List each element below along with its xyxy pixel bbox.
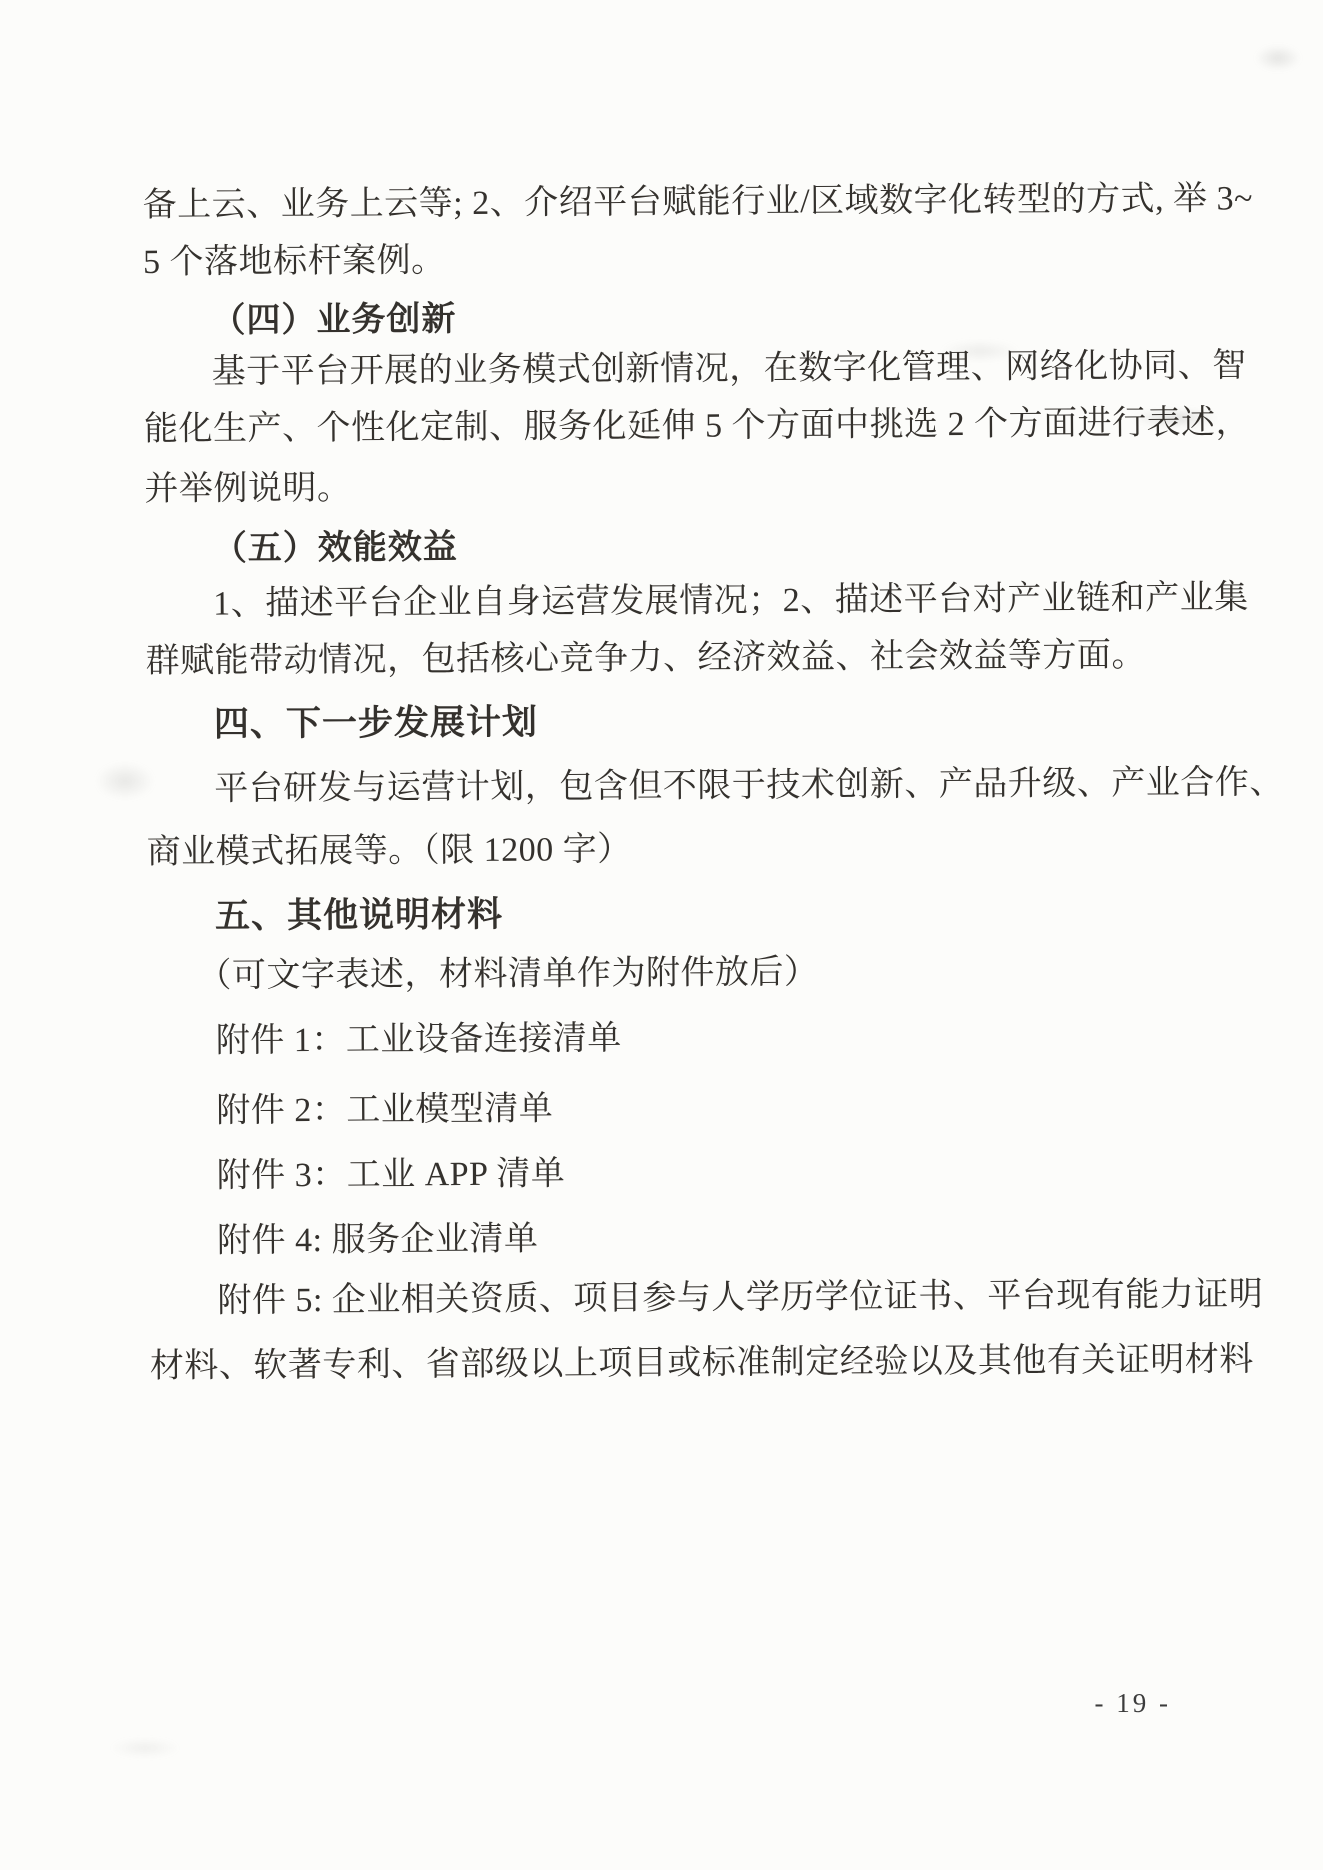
paragraph-line: 1、描述平台企业自身运营发展情况；2、描述平台对产业链和产业集 [145, 575, 1249, 628]
paragraph-line: 平台研发与运营计划，包含但不限于技术创新、产品升级、产业合作、 [146, 760, 1284, 813]
scan-smudge [1255, 45, 1301, 71]
attachment-item: 附件 3：工业 APP 清单 [149, 1151, 566, 1200]
paragraph-line: 基于平台开展的业务模式创新情况，在数字化管理、网络化协同、智 [144, 343, 1247, 396]
attachment-item: 附件 2：工业模型清单 [148, 1087, 553, 1135]
attachment-item: 附件 5: 企业相关资质、项目参与人学历学位证书、平台现有能力证明 [149, 1272, 1263, 1325]
paragraph-line: 材料、软著专利、省部级以上项目或标准制定经验以及其他有关证明材料 [150, 1337, 1254, 1390]
section-heading-other-materials: 五、其他说明材料 [147, 892, 503, 940]
document-page: 备上云、业务上云等; 2、介绍平台赋能行业/区域数字化转型的方式, 举 3~ 5… [0, 0, 1323, 1870]
section-heading-next-development-plan: 四、下一步发展计划 [146, 700, 538, 748]
page-number: - 19 - [1095, 1688, 1171, 1719]
page-content: 备上云、业务上云等; 2、介绍平台赋能行业/区域数字化转型的方式, 举 3~ 5… [141, 0, 1202, 1870]
note-line: （可文字表述，材料清单作为附件放后） [147, 950, 818, 1000]
paragraph-line: 商业模式拓展等。（限 1200 字） [147, 827, 632, 876]
subsection-heading-efficiency-benefit: （五）效能效益 [145, 525, 458, 573]
paragraph-line: 并举例说明。 [144, 466, 351, 513]
paragraph-line: 群赋能带动情况，包括核心竞争力、经济效益、社会效益等方面。 [145, 633, 1146, 685]
paragraph-line: 5 个落地标杆案例。 [143, 238, 446, 286]
paragraph-line: 备上云、业务上云等; 2、介绍平台赋能行业/区域数字化转型的方式, 举 3~ [143, 176, 1254, 229]
attachment-item: 附件 1：工业设备连接清单 [148, 1016, 622, 1065]
subsection-heading-business-innovation: （四）业务创新 [143, 297, 456, 345]
paragraph-line: 能化生产、个性化定制、服务化延伸 5 个方面中挑选 2 个方面进行表述， [144, 400, 1250, 453]
attachment-item: 附件 4: 服务企业清单 [149, 1217, 539, 1265]
